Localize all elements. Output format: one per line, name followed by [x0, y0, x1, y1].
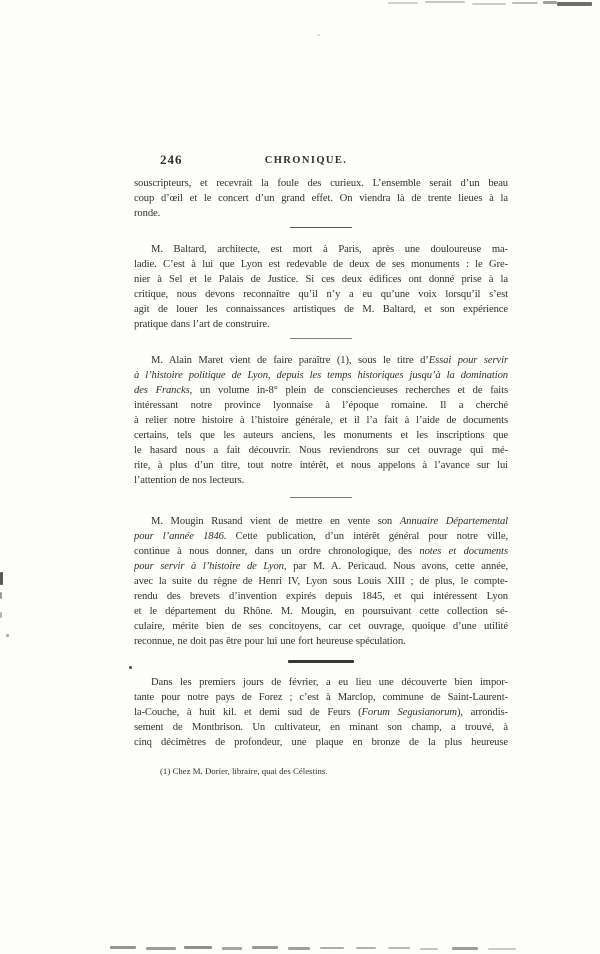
text-line: Dans les premiers jours de février, a eu… [134, 675, 508, 690]
text-line: à relier notre histoire à l’histoire gén… [134, 413, 508, 428]
scan-mark [0, 612, 2, 618]
text-line: souscripteurs, et recevrait la foule des… [134, 176, 508, 191]
scan-mark [557, 2, 592, 6]
text-line: rite, à plus d’un titre, tout notre inté… [134, 458, 508, 473]
text-line: la-Couche, à huit kil. et demi sud de Fe… [134, 705, 508, 720]
text-line: cinq décimètres de profondeur, une plaqu… [134, 735, 508, 750]
text-line: ladie. C’est à lui que Lyon est redevabl… [134, 257, 508, 272]
text-line: pour l’année 1846. Cette publication, d’… [134, 529, 508, 544]
scan-mark [452, 947, 478, 950]
text-line: continue à nous donner, dans un ordre ch… [134, 544, 508, 559]
text-line: certains, tels que les auteurs anciens, … [134, 428, 508, 443]
text-line: M. Baltard, architecte, est mort à Paris… [134, 242, 508, 257]
paragraph: M. Baltard, architecte, est mort à Paris… [134, 242, 508, 332]
paragraph: souscripteurs, et recevrait la foule des… [134, 176, 508, 221]
scan-mark [0, 572, 3, 585]
paragraph: Dans les premiers jours de février, a eu… [134, 675, 508, 750]
paragraphs: souscripteurs, et recevrait la foule des… [134, 176, 508, 750]
section-divider [288, 660, 354, 663]
text-line: rendu des brevets d’invention expirés de… [134, 589, 508, 604]
text-line: M. Mougin Rusand vient de mettre en vent… [134, 514, 508, 529]
scan-mark [512, 2, 538, 4]
scan-mark [6, 634, 9, 637]
text-line: intéressant notre province lyonnaise à l… [134, 398, 508, 413]
scan-mark [320, 947, 344, 949]
text-line: tante pour notre pays de Forez ; c’est à… [134, 690, 508, 705]
text-line: pratique dans l’art de construire. [134, 317, 508, 332]
scan-mark [252, 946, 278, 949]
text-line: ronde. [134, 206, 508, 221]
scan-mark [425, 1, 465, 3]
text-line: et le département du Rhône. M. Mougin, e… [134, 604, 508, 619]
text-line: culaire, mérite bien de ses concitoyens,… [134, 619, 508, 634]
scan-mark [317, 34, 320, 36]
text-line: le hasard nous a fait découvrir. Nous re… [134, 443, 508, 458]
text-block: 246 CHRONIQUE. souscripteurs, et recevra… [134, 152, 508, 777]
scan-mark [129, 666, 132, 669]
scan-mark [472, 3, 506, 5]
text-line: agit de louer les connaissances artistiq… [134, 302, 508, 317]
scan-mark [356, 947, 376, 949]
scan-mark [488, 948, 516, 950]
scan-mark [388, 2, 418, 4]
text-line: l’attention de nos lecteurs. [134, 473, 508, 488]
text-line: coup d’œil et le concert d’un grand effe… [134, 191, 508, 206]
scan-mark [543, 1, 557, 4]
text-line: nier à Sel et le Palais de Justice. Si c… [134, 272, 508, 287]
paragraph: M. Mougin Rusand vient de mettre en vent… [134, 514, 508, 649]
paragraph: M. Alain Maret vient de faire paraître (… [134, 353, 508, 488]
section-divider [290, 497, 352, 498]
page-header: 246 CHRONIQUE. [134, 152, 508, 168]
text-line: sement de Montbrison. Un cultivateur, en… [134, 720, 508, 735]
text-line: des Francks, un volume in-8° plein de co… [134, 383, 508, 398]
scan-mark [288, 947, 310, 950]
scan-mark [222, 947, 242, 950]
page-number: 246 [160, 152, 183, 168]
scan-mark [0, 592, 2, 599]
section-divider [290, 227, 352, 228]
scan-mark [146, 947, 176, 950]
text-line: avec la suite du règne de Henri IV, Lyon… [134, 574, 508, 589]
scan-mark [388, 947, 410, 949]
scan-mark [420, 948, 438, 950]
footnote: (1) Chez M. Dorier, libraire, quai des C… [160, 766, 508, 777]
text-line: M. Alain Maret vient de faire paraître (… [134, 353, 508, 368]
text-line: critique, nous devons reconnaître qu’il … [134, 287, 508, 302]
scan-mark [184, 946, 212, 949]
text-line: reconnue, ne doit pas être pour lui une … [134, 634, 508, 649]
running-title: CHRONIQUE. [265, 155, 348, 166]
text-line: pour servir à l’histoire de Lyon, par M.… [134, 559, 508, 574]
section-divider [290, 338, 352, 339]
text-line: à l’histoire politique de Lyon, depuis l… [134, 368, 508, 383]
scanned-page: 246 CHRONIQUE. souscripteurs, et recevra… [0, 0, 600, 954]
scan-mark [110, 946, 136, 949]
